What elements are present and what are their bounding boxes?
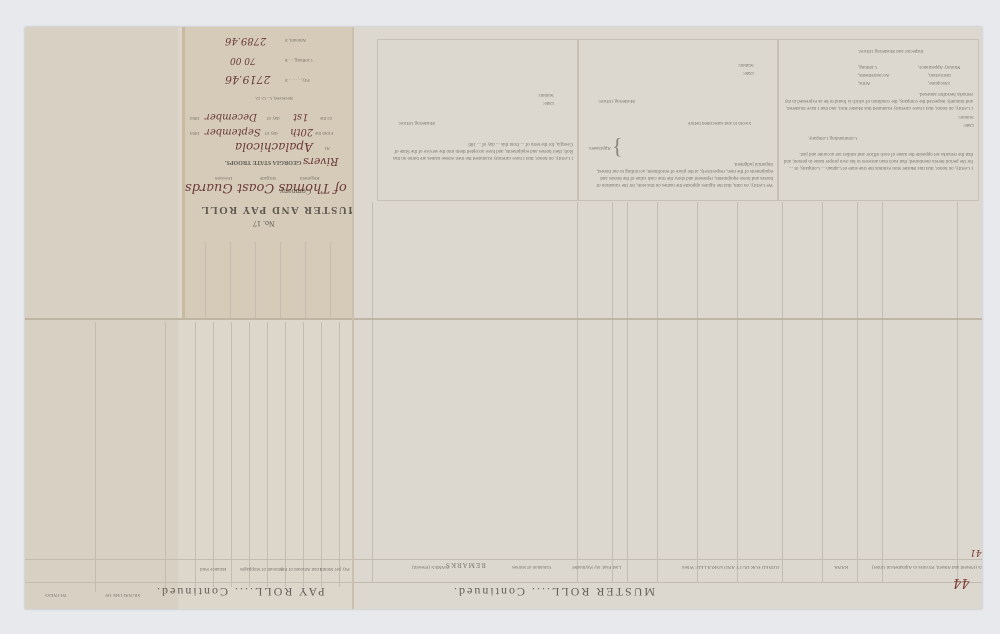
column-line (165, 322, 166, 592)
margin-note: 44 (953, 575, 970, 590)
signature-label: SIGNATURE OF (105, 592, 140, 597)
appraisers-certificate-text: We Certify, on oath, that the figures op… (583, 160, 773, 188)
column-line (822, 202, 823, 582)
column-line (213, 322, 214, 587)
muster-roll-footer-title: MUSTER ROLL.... Continued. (452, 584, 655, 599)
appraisers-date-label: Date: (743, 70, 754, 75)
column-line (857, 202, 858, 582)
roll-number: No. 17 (253, 219, 275, 228)
day-of-label: day of (267, 115, 280, 120)
column-line (95, 322, 96, 592)
mustering-station-label: Station: (538, 92, 554, 97)
column-line (737, 202, 738, 582)
column-line (195, 322, 196, 587)
column-line (231, 322, 232, 587)
column-line (657, 202, 658, 582)
inspector-date-label: Date: (963, 122, 974, 127)
column-line (205, 242, 206, 318)
mustering-certificate-box: I Certify, on honor, that I have careful… (377, 39, 579, 201)
inspector-station-label: Station: (958, 114, 974, 119)
column-line (957, 202, 958, 582)
from-day: 20th (290, 126, 313, 137)
pay-value: 2719.46 (225, 73, 271, 86)
amount-label: Amount, $ (285, 37, 306, 42)
column-line (627, 202, 628, 582)
accoutrements-label: Accoutrements, (858, 72, 890, 77)
to-year: 1864 (190, 115, 200, 120)
column-line (305, 242, 306, 318)
to-month: December (205, 111, 257, 122)
muster-pay-roll-document: WITNESS SIGNATURE OF Amount, $ 2789.46 C… (25, 27, 982, 609)
commanding-company-label: Commanding Company. (808, 135, 857, 140)
day-of-label: day of (265, 130, 278, 135)
margin-note-2: 41 (970, 547, 981, 557)
pay-roll-footer-title: PAY ROLL.... Continued. (155, 584, 325, 599)
sworn-label: Sworn to and subscribed before (688, 120, 751, 125)
mustering-certificate-text: I Certify, on honor, that I have careful… (383, 140, 573, 161)
roll-cover: Amount, $ 2789.46 Clothing, . . $ 70 00 … (182, 27, 356, 318)
location-value: Apalachicola (235, 140, 313, 154)
to-label: To the (320, 115, 333, 120)
troops-handwritten: Rivers (303, 155, 338, 168)
pay-label: Pay, . . . . . $ (285, 77, 310, 82)
from-month: September (205, 126, 261, 137)
mustering-officer-label: Mustering Officer. (398, 120, 435, 125)
appraisers-station-label: Station: (738, 62, 754, 67)
inspector-certificate-text: I Certify, on honor, that this Muster Ro… (783, 150, 973, 171)
appraisers-label: Appraisers. (588, 145, 611, 150)
column-header-row (25, 559, 982, 583)
received-label: Received, C. O. D. (255, 95, 293, 100)
column-line (882, 202, 883, 582)
roll-title: MUSTER AND PAY ROLL (200, 204, 359, 216)
column-line (303, 322, 304, 587)
mustering-date-label: Date: (543, 100, 554, 105)
inspector-certificate-box: I Certify, on honor, that this Muster Ro… (777, 39, 979, 201)
company-value: of Thomas Coast Guards (185, 180, 347, 195)
vertical-fold (352, 27, 354, 609)
column-line (321, 322, 322, 587)
military-appearance-label: Military Appearance, (918, 64, 960, 69)
column-line (372, 202, 373, 582)
at-label: At (325, 145, 330, 150)
appraisers-certificate-box: We Certify, on oath, that the figures op… (577, 39, 779, 201)
to-day: 1st (293, 111, 309, 122)
inspector-certificate-text2: I Certify, on honor, that I have careful… (783, 90, 973, 111)
column-line (285, 322, 286, 587)
column-line (339, 322, 340, 587)
column-line (577, 202, 578, 582)
column-line (230, 242, 231, 318)
from-year: 1864 (190, 130, 200, 135)
column-line (249, 322, 250, 587)
arms-label: Arms, (858, 80, 870, 85)
column-line (330, 242, 331, 318)
inspector-signature-label: Inspector and Mustering Officer. (858, 48, 923, 53)
clothing-condition-label: Clothing, (858, 64, 877, 69)
witness-label: WITNESS (45, 592, 67, 597)
column-line (782, 202, 783, 582)
instruction-label: Instruction, (928, 72, 951, 77)
column-line (280, 242, 281, 318)
from-label: From the (315, 130, 333, 135)
amount-value: 2789.46 (225, 35, 266, 46)
column-line (612, 202, 613, 582)
clothing-label: Clothing, . . $ (285, 57, 313, 62)
horizontal-fold (25, 318, 982, 320)
troops-label: GEORGIA STATE TROOPS. (225, 159, 302, 165)
column-line (255, 242, 256, 318)
discipline-label: Discipline, (928, 80, 950, 85)
clothing-value: 70 00 (230, 55, 256, 65)
column-line (697, 202, 698, 582)
appraisers-officer-label: Mustering Officer. (598, 98, 635, 103)
column-line (267, 322, 268, 587)
brace-mark: } (612, 135, 623, 161)
